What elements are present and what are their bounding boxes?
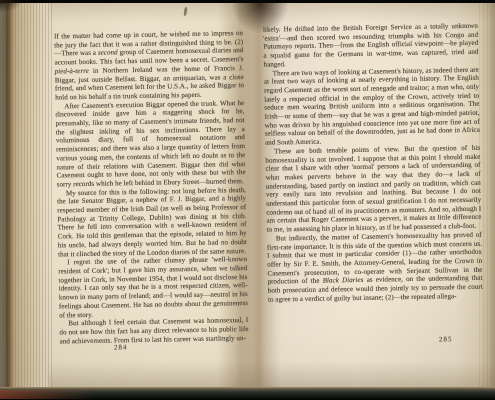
top-left-corner-shadow bbox=[0, 0, 22, 12]
top-shadow-band bbox=[0, 0, 495, 3]
printed-area: If the matter had come up in court, he w… bbox=[0, 0, 495, 393]
bottom-shadow-red-tint bbox=[0, 390, 95, 399]
text-run: likely. He drifted into the British Fore… bbox=[263, 22, 479, 69]
left-page-text: If the matter had come up in court, he w… bbox=[54, 29, 249, 346]
italic-text-run: second bbox=[98, 49, 118, 57]
paragraph: My source for this is the following: not… bbox=[57, 186, 247, 259]
text-run: There are two ways of looking at Casemen… bbox=[264, 65, 480, 147]
paragraph: But although I feel certain that Casemen… bbox=[59, 316, 248, 346]
paragraph: likely. He drifted into the British Fore… bbox=[263, 22, 479, 69]
left-page-number: 284 bbox=[91, 343, 151, 352]
text-run: I regret the use of the rather clumsy ph… bbox=[58, 255, 248, 319]
paragraph: If the matter had come up in court, he w… bbox=[54, 29, 244, 102]
open-book-spread: If the matter had come up in court, he w… bbox=[0, 3, 495, 388]
paragraph: I regret the use of the rather clumsy ph… bbox=[58, 255, 248, 319]
paragraph: These are both tenable points of view. B… bbox=[265, 144, 482, 235]
text-run: These are both tenable points of view. B… bbox=[265, 144, 481, 234]
text-run: But although I feel certain that Casemen… bbox=[59, 316, 248, 345]
right-page-text: likely. He drifted into the British Fore… bbox=[263, 22, 483, 304]
paragraph: There are two ways of looking at Casemen… bbox=[264, 65, 480, 147]
text-run: After Casement's execution Biggar opened… bbox=[55, 99, 245, 189]
right-page-number: 285 bbox=[416, 335, 476, 344]
paragraph: After Casement's execution Biggar opened… bbox=[55, 99, 246, 189]
italic-text-run: Black Diaries bbox=[323, 276, 364, 285]
text-run: My source for this is the following: not… bbox=[57, 186, 247, 258]
italic-text-run: pied-à-terre bbox=[55, 67, 89, 76]
paragraph: But indirectly, the matter of Casement's… bbox=[267, 231, 483, 305]
book-photo: If the matter had come up in court, he w… bbox=[0, 0, 495, 400]
